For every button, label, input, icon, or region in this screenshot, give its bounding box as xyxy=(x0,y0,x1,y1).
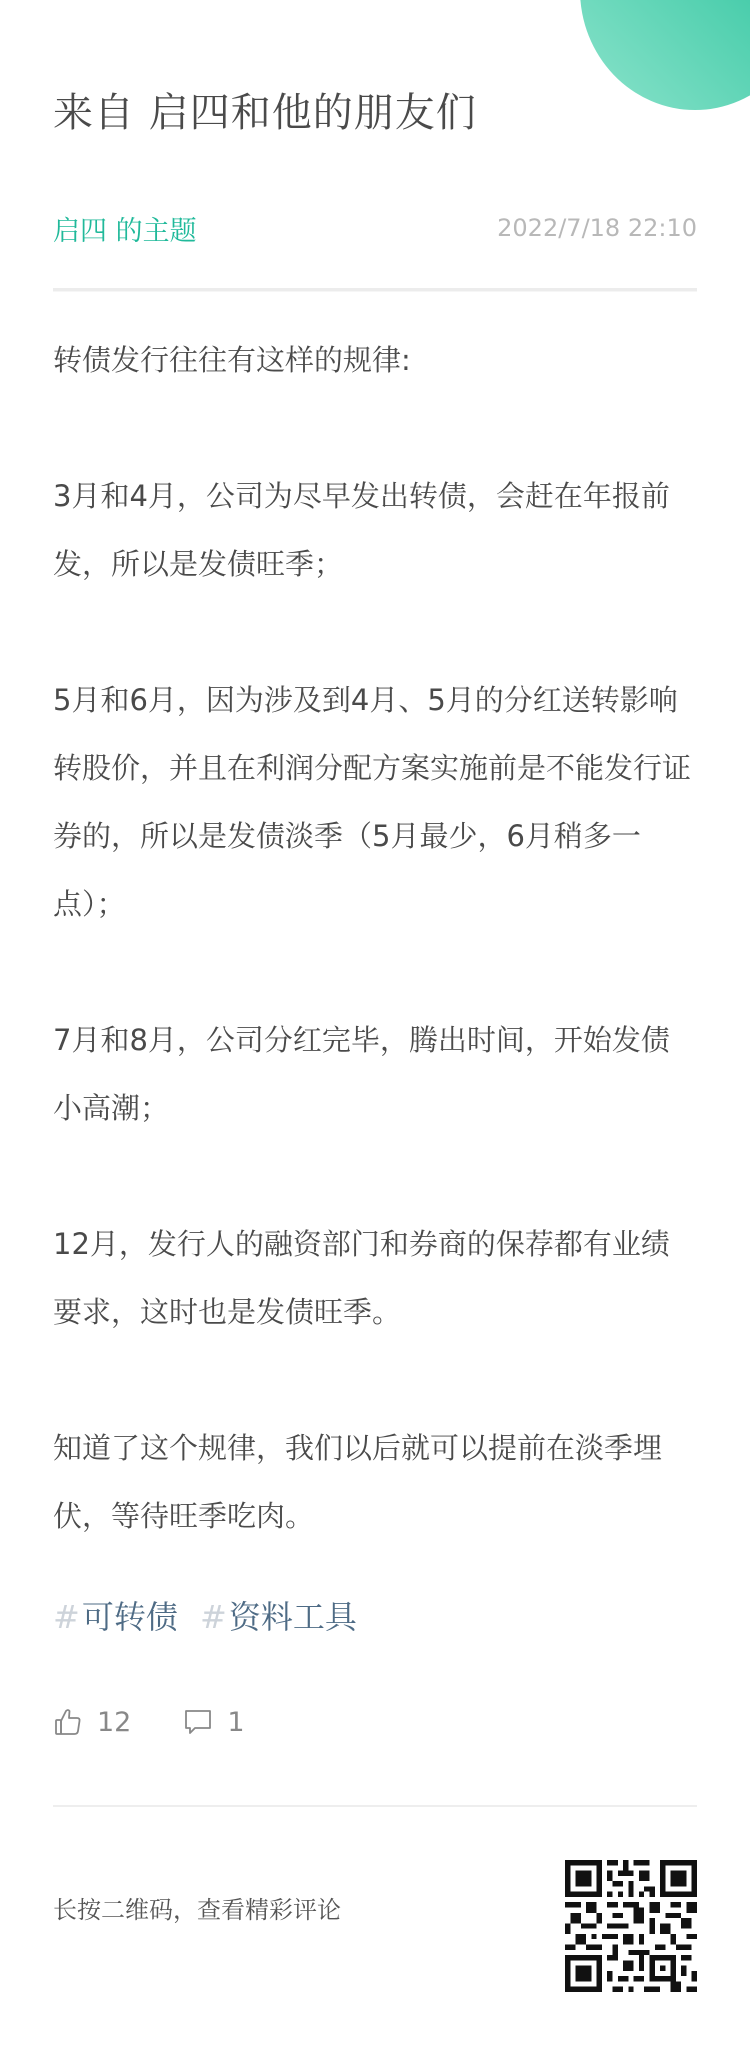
paragraph: 12月，发行人的融资部门和券商的保荐都有业绩要求，这时也是发债旺季。 xyxy=(53,1210,697,1346)
hash-icon: # xyxy=(200,1598,227,1636)
hash-icon: # xyxy=(53,1598,80,1636)
qr-hint-text: 长按二维码，查看精彩评论 xyxy=(53,1890,341,1925)
paragraph: 7月和8月，公司分红完毕，腾出时间，开始发债小高潮； xyxy=(53,1006,697,1142)
tag-resources-tools[interactable]: #资料工具 xyxy=(200,1594,357,1640)
thumbs-up-icon xyxy=(53,1707,83,1737)
tag-label: 资料工具 xyxy=(229,1598,357,1636)
comment-button[interactable]: 1 xyxy=(183,1707,244,1738)
comment-bubble-icon xyxy=(183,1707,213,1737)
qr-code-icon xyxy=(565,1860,697,1992)
decorative-green-circle xyxy=(580,0,750,110)
page-title: 来自 启四和他的朋友们 xyxy=(53,85,477,141)
paragraph: 3月和4月，公司为尽早发出转债，会赶在年报前发，所以是发债旺季； xyxy=(53,462,697,598)
like-button[interactable]: 12 xyxy=(53,1707,131,1738)
header-divider xyxy=(53,288,697,292)
qr-code[interactable] xyxy=(565,1860,697,1992)
paragraph: 转债发行往往有这样的规律: xyxy=(53,326,697,394)
post-meta: 启四 的主题 2022/7/18 22:10 xyxy=(53,208,697,248)
post-timestamp: 2022/7/18 22:10 xyxy=(497,214,697,242)
paragraph: 知道了这个规律，我们以后就可以提前在淡季埋伏，等待旺季吃肉。 xyxy=(53,1414,697,1550)
author-topic-link[interactable]: 启四 的主题 xyxy=(53,209,197,248)
tag-label: 可转债 xyxy=(82,1598,178,1636)
comment-count: 1 xyxy=(227,1707,244,1738)
post-actions: 12 1 xyxy=(53,1702,297,1742)
paragraph: 5月和6月，因为涉及到4月、5月的分红送转影响转股价，并且在利润分配方案实施前是… xyxy=(53,666,697,938)
tag-list: #可转债 #资料工具 xyxy=(53,1594,369,1640)
post-body: 转债发行往往有这样的规律: 3月和4月，公司为尽早发出转债，会赶在年报前发，所以… xyxy=(53,326,697,1618)
footer-divider xyxy=(53,1805,697,1807)
tag-convertible-bond[interactable]: #可转债 xyxy=(53,1594,178,1640)
like-count: 12 xyxy=(97,1707,131,1738)
